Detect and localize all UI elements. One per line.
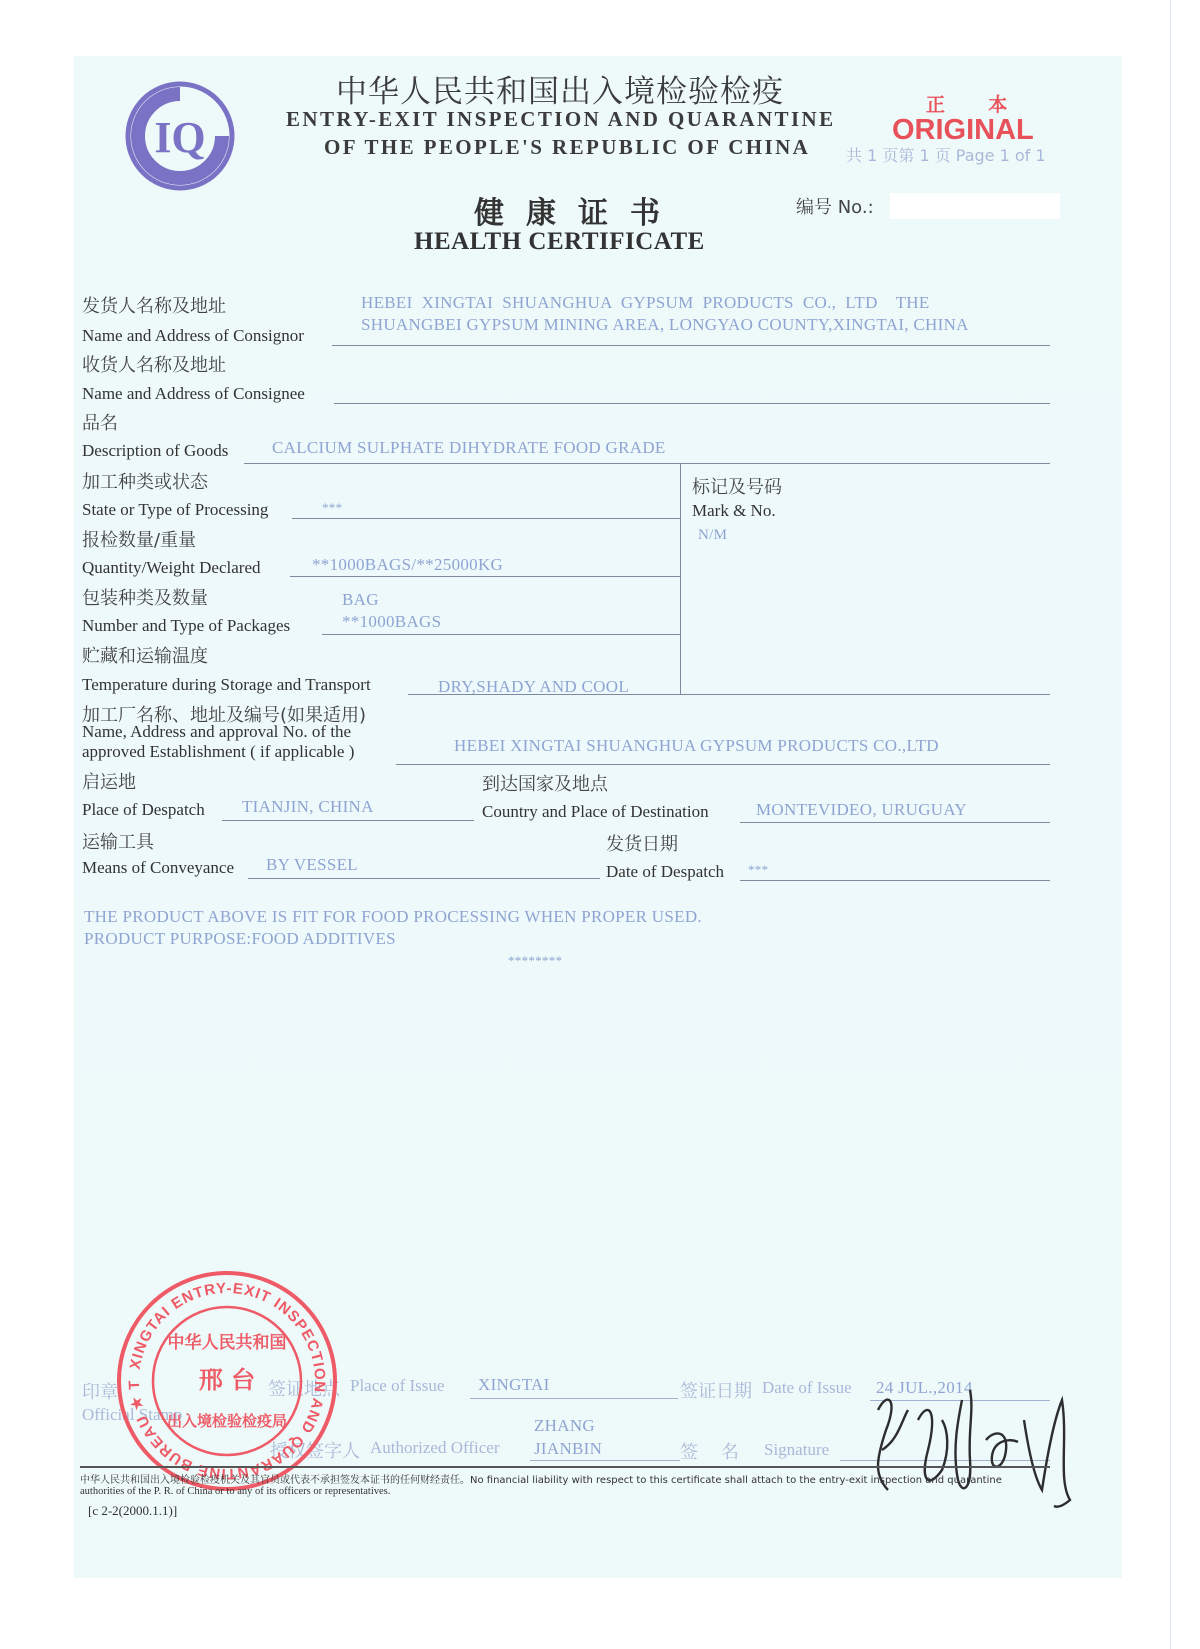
destination-value: MONTEVIDEO, URUGUAY	[756, 800, 967, 820]
goods-label-en: Description of Goods	[82, 441, 228, 461]
authorized-officer-label-en: Authorized Officer	[370, 1438, 500, 1458]
date-of-issue-label-en: Date of Issue	[762, 1378, 852, 1398]
certificate-number-label: 编号 No.:	[796, 193, 874, 219]
place-of-issue-label-en: Place of Issue	[350, 1376, 444, 1396]
page-info: 共 1 页第 1 页 Page 1 of 1	[846, 143, 1046, 166]
despatch-date-value: ***	[748, 862, 768, 878]
packages-label-cn: 包装种类及数量	[82, 584, 208, 610]
destination-label-en: Country and Place of Destination	[482, 802, 709, 822]
temperature-label-en: Temperature during Storage and Transport	[82, 675, 371, 695]
consignor-label-en: Name and Address of Consignor	[82, 326, 304, 346]
title-cn: 健康证书	[474, 188, 682, 232]
disclaimer-line2: authorities of the P. R. of China or to …	[80, 1486, 390, 1497]
mark-label-cn: 标记及号码	[692, 473, 782, 499]
consignor-label-cn: 发货人名称及地址	[82, 292, 226, 318]
place-of-issue-value: XINGTAI	[478, 1375, 550, 1395]
signature-label-cn: 签 名	[680, 1438, 739, 1464]
consignor-value-line1: HEBEI XINGTAI SHUANGHUA GYPSUM PRODUCTS …	[361, 293, 930, 313]
certificate-number-value	[890, 193, 1060, 219]
svg-text:出入境检验检疫局: 出入境检验检疫局	[167, 1412, 287, 1430]
statement-line1: THE PRODUCT ABOVE IS FIT FOR FOOD PROCES…	[84, 907, 702, 927]
authorized-officer-value-line1: ZHANG	[534, 1416, 595, 1436]
original-mark-cn: 正 本	[926, 90, 1017, 117]
page-edge	[1170, 0, 1171, 1649]
quantity-label-en: Quantity/Weight Declared	[82, 558, 260, 578]
handwritten-signature	[858, 1380, 1078, 1510]
establishment-label-en-line1: Name, Address and approval No. of the	[82, 722, 351, 742]
svg-text:IQ: IQ	[154, 113, 205, 162]
processing-label-en: State or Type of Processing	[82, 500, 268, 520]
consignee-label-cn: 收货人名称及地址	[82, 351, 226, 377]
statement-line2: PRODUCT PURPOSE:FOOD ADDITIVES	[84, 929, 396, 949]
agency-name-en-line2: OF THE PEOPLE'S REPUBLIC OF CHINA	[324, 135, 810, 160]
destination-label-cn: 到达国家及地点	[482, 770, 608, 796]
despatch-date-label-cn: 发货日期	[606, 830, 678, 856]
conveyance-value: BY VESSEL	[266, 855, 358, 875]
mark-label-en: Mark & No.	[692, 501, 776, 521]
conveyance-label-cn: 运输工具	[82, 828, 154, 854]
despatch-place-label-cn: 启运地	[82, 768, 136, 794]
authorized-officer-value-line2: JIANBIN	[534, 1439, 602, 1459]
establishment-value: HEBEI XINGTAI SHUANGHUA GYPSUM PRODUCTS …	[454, 736, 939, 756]
signature-label-en: Signature	[764, 1440, 829, 1460]
quantity-value: **1000BAGS/**25000KG	[312, 555, 503, 575]
agency-name-cn: 中华人民共和国出入境检验检疫	[336, 66, 784, 111]
quantity-label-cn: 报检数量/重量	[82, 526, 196, 552]
consignor-value-line2: SHUANGBEI GYPSUM MINING AREA, LONGYAO CO…	[361, 315, 969, 335]
processing-label-cn: 加工种类或状态	[82, 468, 208, 494]
svg-text:邢 台: 邢 台	[199, 1366, 255, 1394]
packages-type-value: BAG	[342, 590, 379, 610]
establishment-label-en-line2: approved Establishment ( if applicable )	[82, 742, 354, 762]
form-code: [c 2-2(2000.1.1)]	[88, 1503, 177, 1519]
mark-value: N/M	[698, 527, 727, 544]
disclaimer-line1: 中华人民共和国出入境检验检疫机关及其官员或代表不承担签发本证书的任何财经责任。N…	[80, 1471, 1002, 1486]
temperature-label-cn: 贮藏和运输温度	[82, 642, 208, 668]
despatch-place-value: TIANJIN, CHINA	[242, 797, 374, 817]
ciq-logo-icon: IQ	[124, 80, 236, 192]
goods-label-cn: 品名	[82, 409, 118, 435]
consignee-label-en: Name and Address of Consignee	[82, 384, 305, 404]
conveyance-label-en: Means of Conveyance	[82, 858, 234, 878]
packages-number-value: **1000BAGS	[342, 612, 441, 632]
packages-label-en: Number and Type of Packages	[82, 616, 290, 636]
date-of-issue-label-cn: 签证日期	[680, 1377, 752, 1403]
processing-value: ***	[322, 500, 342, 516]
title-en: HEALTH CERTIFICATE	[414, 228, 705, 256]
svg-text:中华人民共和国: 中华人民共和国	[168, 1332, 287, 1353]
agency-name-en-line1: ENTRY-EXIT INSPECTION AND QUARANTINE	[286, 107, 836, 132]
goods-value: CALCIUM SULPHATE DIHYDRATE FOOD GRADE	[272, 438, 666, 458]
official-stamp: XINGTAI ENTRY-EXIT INSPECTION AND QUARAN…	[114, 1268, 340, 1494]
despatch-place-label-en: Place of Despatch	[82, 800, 205, 820]
stamp-label-cn: 印章	[82, 1378, 118, 1404]
statement-terminator: ********	[508, 953, 562, 969]
despatch-date-label-en: Date of Despatch	[606, 862, 724, 882]
